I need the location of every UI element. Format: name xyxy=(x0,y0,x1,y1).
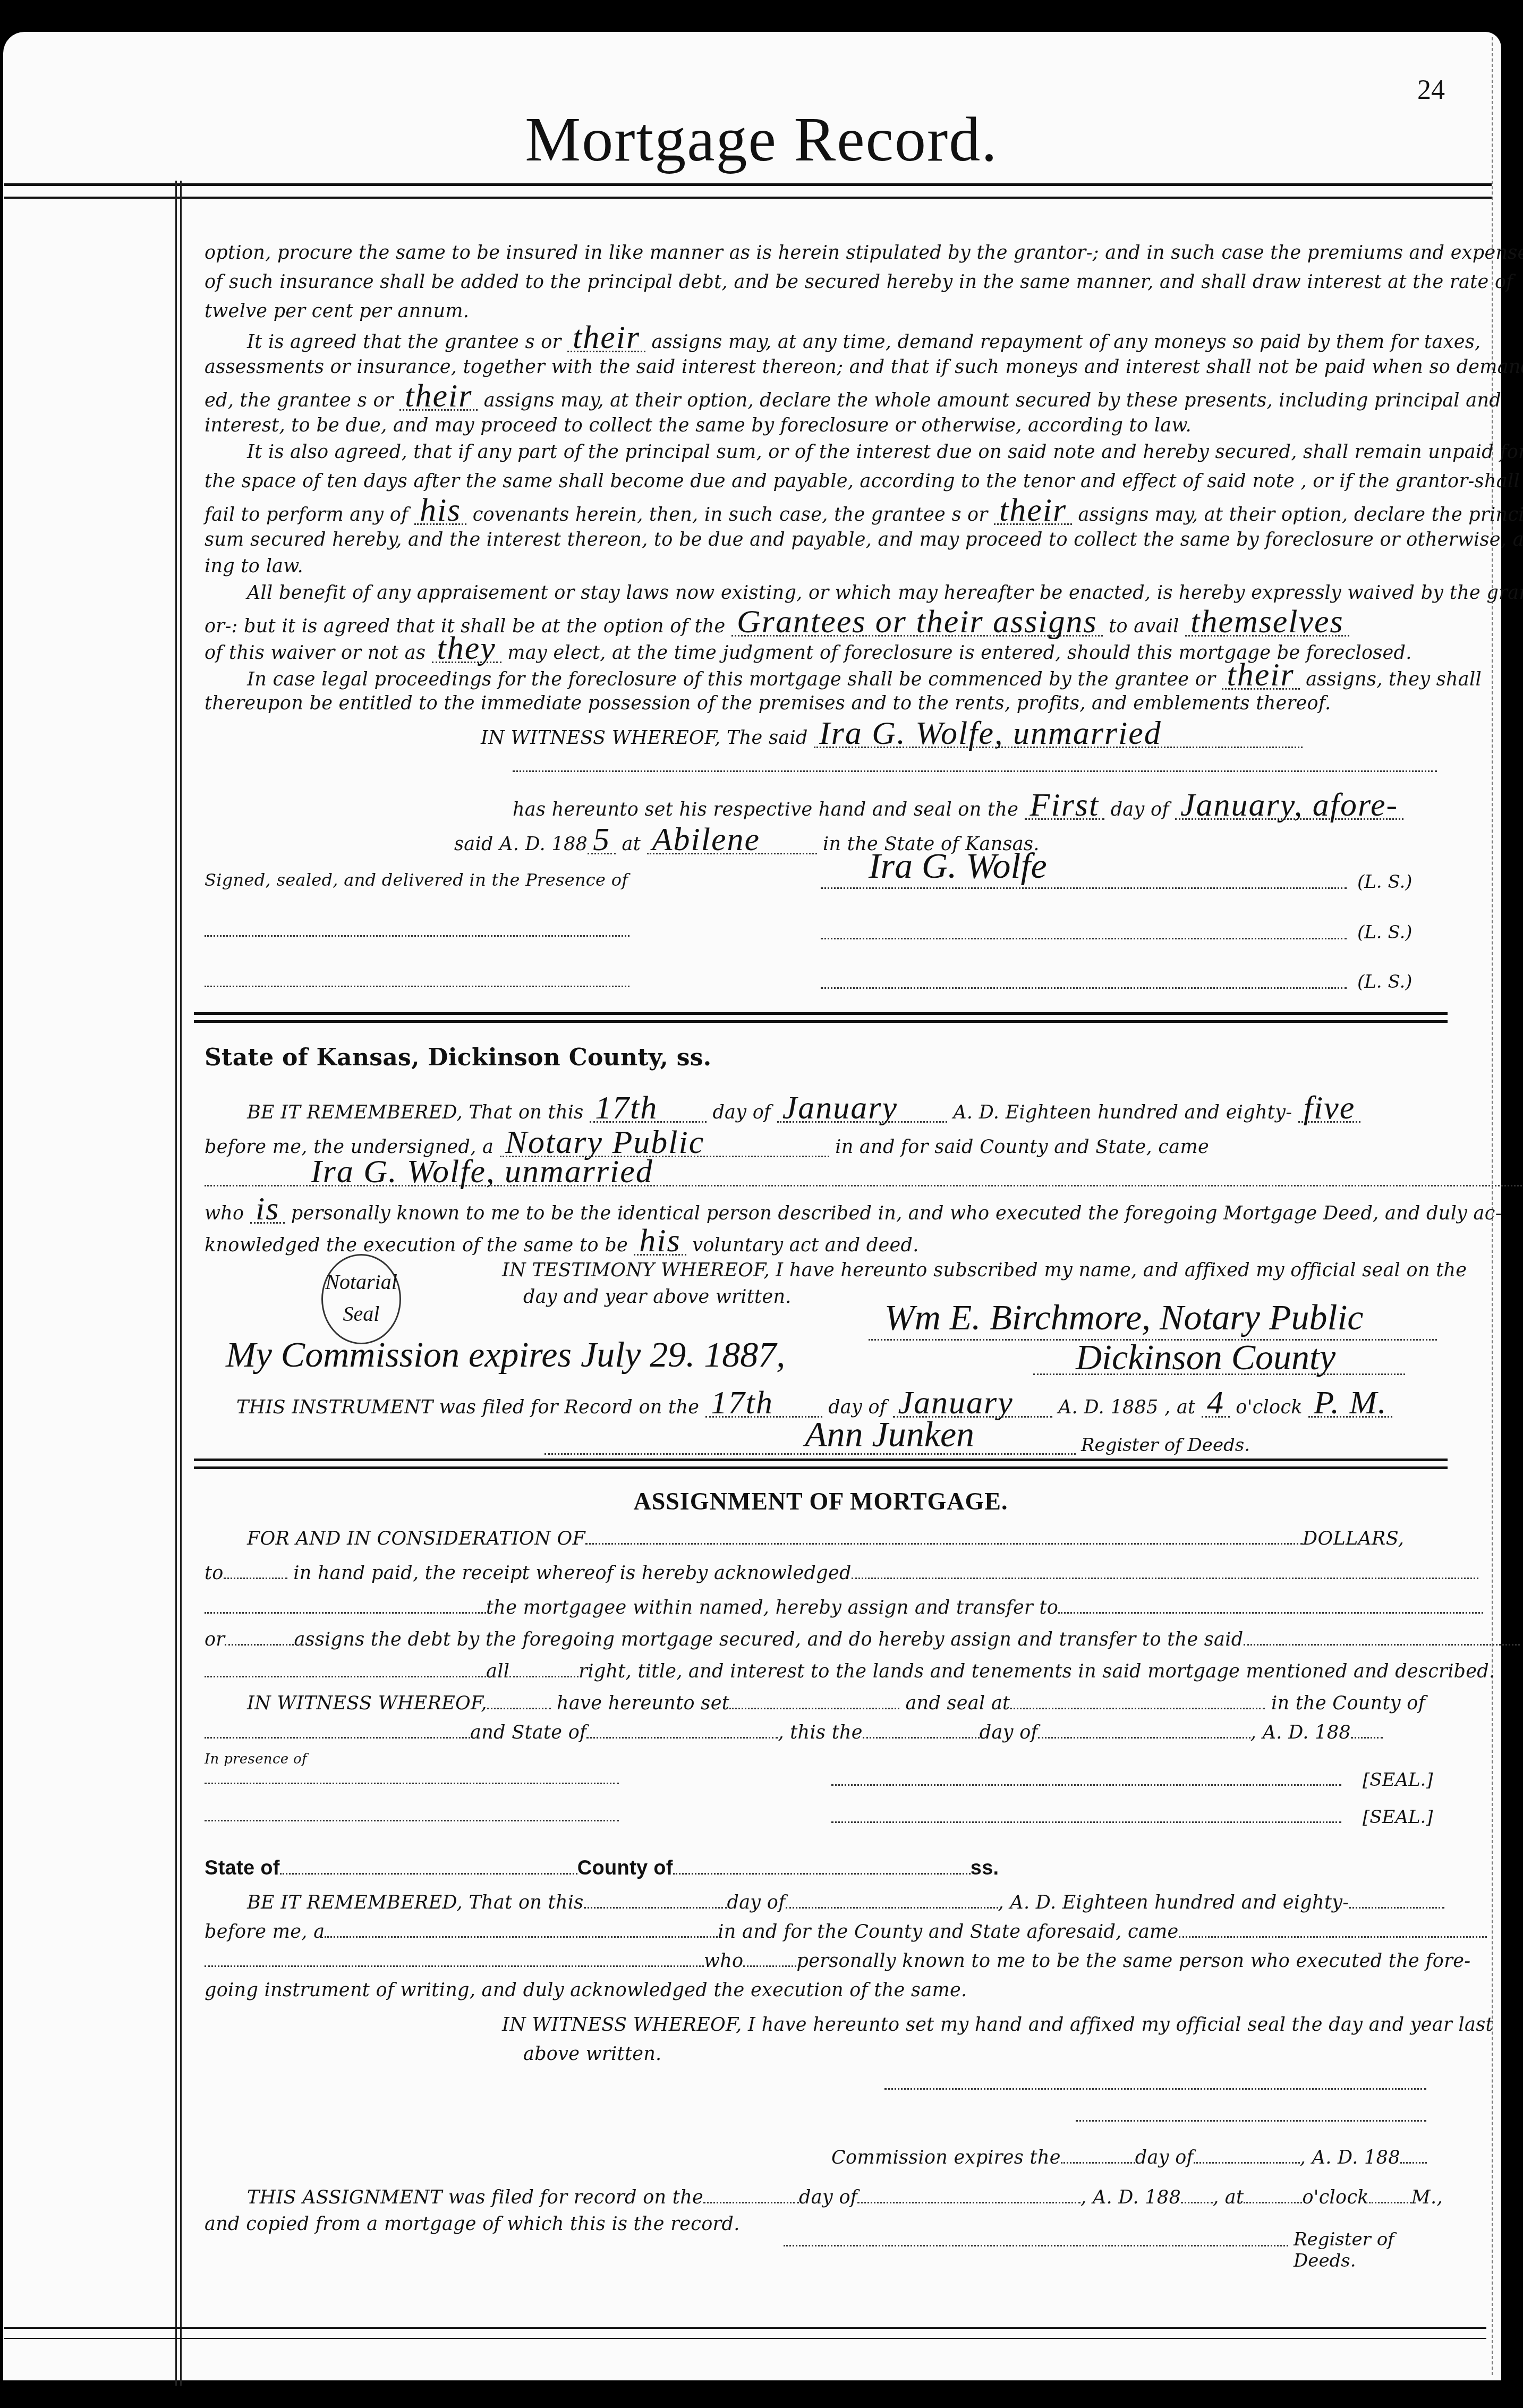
assign-copied-line: and copied from a mortgage of which this… xyxy=(205,2210,1437,2238)
assign-signature-line-2[interactable] xyxy=(831,1821,1341,1823)
blank-field[interactable] xyxy=(224,1562,287,1579)
ack-line-3: Ira G. Wolfe, unmarried xyxy=(205,1158,1437,1190)
assign-filed-line: THIS ASSIGNMENT was filed for record on … xyxy=(205,2184,1479,2211)
blank-field[interactable] xyxy=(1061,2146,1135,2164)
blank-field[interactable] xyxy=(205,1949,704,1967)
blank-field[interactable] xyxy=(1181,2186,1213,2203)
county-signature-line xyxy=(1033,1373,1405,1375)
handwritten-meridian: P. M. xyxy=(1308,1389,1392,1418)
handwritten-their: their xyxy=(994,497,1072,525)
blank-field[interactable] xyxy=(325,1920,718,1938)
ack-line-4: who is personally known to me to be the … xyxy=(205,1195,1437,1227)
witness-blank-line xyxy=(513,770,1437,772)
blank-field[interactable] xyxy=(225,1628,294,1646)
blank-field[interactable] xyxy=(1179,1920,1487,1938)
blank-field[interactable] xyxy=(1400,2146,1427,2164)
blank-field[interactable] xyxy=(863,1721,980,1739)
assign-ack-1: BE IT REMEMBERED, That on thisday of, A.… xyxy=(205,1889,1479,1917)
assign-line-4: orassigns the debt by the foregoing mort… xyxy=(205,1626,1437,1654)
blank-field[interactable] xyxy=(1058,1596,1483,1614)
section-rule xyxy=(194,1466,1448,1469)
ls-mark-2: (L. S.) xyxy=(1357,922,1413,943)
footer-rule xyxy=(4,2327,1486,2329)
blank-field[interactable] xyxy=(584,1891,727,1909)
blank-field[interactable] xyxy=(487,1692,551,1709)
header-rule-top xyxy=(4,183,1492,186)
presence-line-1 xyxy=(205,935,629,937)
assign-ack-4: going instrument of writing, and duly ac… xyxy=(205,1977,1437,2004)
seal-label-1: [SEAL.] xyxy=(1363,1769,1433,1791)
ack-line-5: knowledged the execution of the same to … xyxy=(205,1227,1437,1259)
blank-field[interactable] xyxy=(703,2186,799,2203)
blank-field[interactable] xyxy=(1351,1721,1383,1739)
page-number: 24 xyxy=(1417,74,1445,106)
county-signature: Dickinson County xyxy=(1076,1336,1335,1378)
assign-line-3: the mortgagee within named, hereby assig… xyxy=(205,1594,1437,1622)
blank-field[interactable] xyxy=(857,2186,1080,2203)
signature-line-3 xyxy=(821,987,1347,989)
footer-rule xyxy=(4,2338,1486,2339)
presence-line-2 xyxy=(205,986,629,987)
notary-signature: Wm E. Birchmore, Notary Public xyxy=(884,1296,1363,1338)
blank-field[interactable] xyxy=(205,1660,486,1677)
blank-field[interactable] xyxy=(1244,1628,1520,1646)
testimony-line-1: IN TESTIMONY WHEREOF, I have hereunto su… xyxy=(502,1257,1437,1284)
ack-line-1: BE IT REMEMBERED, That on this 17th day … xyxy=(205,1095,1479,1126)
commission-expires-line: Commission expires theday of, A. D. 188 xyxy=(831,2144,1437,2172)
assign-ack-3: whopersonally known to me to be the same… xyxy=(205,1947,1437,1975)
handwritten-day: First xyxy=(1025,792,1105,820)
signature-line-1 xyxy=(821,887,1347,889)
register-label: Register of Deeds. xyxy=(1081,1435,1250,1456)
repayment-line-4: interest, to be due, and may proceed to … xyxy=(205,412,1437,439)
register-signature: Ann Junken xyxy=(805,1413,974,1455)
officer-signature-line[interactable] xyxy=(884,2088,1426,2090)
handwritten-filed-hour: 4 xyxy=(1202,1389,1230,1418)
insurance-line-3: twelve per cent per annum. xyxy=(205,298,1437,325)
waiver-line-1: All benefit of any appraisement or stay … xyxy=(205,579,1479,607)
blank-field[interactable] xyxy=(1194,2146,1300,2164)
witness-line-2: has hereunto set his respective hand and… xyxy=(513,792,1437,824)
ls-mark-1: (L. S.) xyxy=(1357,871,1413,893)
assign-testimony-1: IN WITNESS WHEREOF, I have hereunto set … xyxy=(502,2011,1437,2039)
section-rule xyxy=(194,1020,1448,1023)
page-title: Mortgage Record. xyxy=(0,104,1523,176)
assignment-heading: ASSIGNMENT OF MORTGAGE. xyxy=(205,1488,1437,1515)
assign-line-5: allright, title, and interest to the lan… xyxy=(205,1658,1437,1685)
handwritten-year-digit: 5 xyxy=(588,826,616,854)
officer-title-line[interactable] xyxy=(1076,2120,1426,2122)
consideration-field[interactable] xyxy=(585,1527,1303,1545)
county-field[interactable] xyxy=(673,1857,971,1875)
register-signature-line xyxy=(544,1453,1076,1455)
signed-sealed-label: Signed, sealed, and delivered in the Pre… xyxy=(205,866,1437,894)
default-line-1: It is also agreed, that if any part of t… xyxy=(205,438,1479,466)
ls-mark-3: (L. S.) xyxy=(1357,971,1413,993)
in-presence-label: In presence of xyxy=(205,1745,1437,1773)
assign-ack-2: before me, ain and for the County and St… xyxy=(205,1918,1437,1946)
blank-field[interactable] xyxy=(1349,1891,1444,1909)
section-rule xyxy=(194,1012,1448,1015)
handwritten-his: his xyxy=(634,1227,686,1256)
assign-signature-line-1[interactable] xyxy=(831,1784,1341,1786)
blank-field[interactable] xyxy=(1038,1721,1250,1739)
assign-venue-line: State ofCounty ofss. xyxy=(205,1854,1437,1882)
handwritten-their: their xyxy=(567,324,645,352)
assign-testimony-2: above written. xyxy=(523,2040,1426,2068)
blank-field[interactable] xyxy=(509,1660,578,1677)
handwritten-year-word: five xyxy=(1298,1095,1361,1123)
blank-field[interactable] xyxy=(743,1949,796,1967)
assign-line-1: FOR AND IN CONSIDERATION OFDOLLARS, xyxy=(205,1525,1479,1553)
signature-line-2 xyxy=(821,938,1347,939)
possession-line-1: In case legal proceedings for the forecl… xyxy=(205,662,1479,693)
default-line-4: sum secured hereby, and the interest the… xyxy=(205,526,1437,554)
blank-field[interactable] xyxy=(852,1562,1478,1579)
possession-line-2: thereupon be entitled to the immediate p… xyxy=(205,690,1437,717)
assign-register-line[interactable] xyxy=(784,2245,1288,2246)
handwritten-place: Abilene xyxy=(647,826,817,854)
commission-expiry: My Commission expires July 29. 1887, xyxy=(226,1334,785,1376)
blank-field[interactable] xyxy=(1010,1692,1265,1709)
handwritten-is: is xyxy=(250,1195,285,1224)
handwritten-their: their xyxy=(1222,662,1300,690)
default-line-5: ing to law. xyxy=(205,553,1437,580)
repayment-line-1: It is agreed that the grantee s or their… xyxy=(205,324,1479,356)
blank-field[interactable] xyxy=(205,1596,486,1614)
blank-field[interactable] xyxy=(729,1692,899,1709)
default-line-2: the space of ten days after the same sha… xyxy=(205,468,1437,495)
insurance-line-2: of such insurance shall be added to the … xyxy=(205,268,1437,296)
seal-label-2: [SEAL.] xyxy=(1363,1807,1433,1828)
default-line-3: fail to perform any of his covenants her… xyxy=(205,497,1437,529)
handwritten-day: 17th xyxy=(590,1095,707,1123)
blank-field[interactable] xyxy=(786,1891,998,1909)
blank-field[interactable] xyxy=(205,1721,470,1739)
handwritten-themselves: themselves xyxy=(1185,608,1349,637)
assign-register-label: Register of Deeds. xyxy=(1294,2229,1437,2271)
repayment-line-2: assessments or insurance, together with … xyxy=(205,353,1437,381)
header-rule-bottom xyxy=(4,197,1492,199)
assign-presence-line-1[interactable] xyxy=(205,1783,619,1784)
left-margin-rule xyxy=(175,181,182,2386)
handwritten-they: they xyxy=(432,635,501,663)
handwritten-grantor-name: Ira G. Wolfe, unmarried xyxy=(814,720,1303,748)
repayment-line-3: ed, the grantee s or their assigns may, … xyxy=(205,383,1437,414)
assign-presence-line-2[interactable] xyxy=(205,1820,619,1821)
insurance-line-1: option, procure the same to be insured i… xyxy=(205,239,1437,267)
handwritten-person: Ira G. Wolfe, unmarried xyxy=(205,1158,1523,1186)
grantor-signature: Ira G. Wolfe xyxy=(869,845,1047,887)
venue-heading: State of Kansas, Dickinson County, ss. xyxy=(205,1044,1437,1072)
assign-witness-1: IN WITNESS WHEREOF, have hereunto set an… xyxy=(205,1690,1479,1717)
blank-field[interactable] xyxy=(1244,2186,1302,2203)
handwritten-month: January xyxy=(777,1095,947,1123)
section-rule xyxy=(194,1459,1448,1461)
handwritten-their: their xyxy=(399,383,478,411)
blank-field[interactable] xyxy=(1369,2186,1411,2203)
assign-witness-2: and State of, this theday of, A. D. 188 xyxy=(205,1719,1437,1746)
blank-field[interactable] xyxy=(586,1721,778,1739)
handwritten-month: January, afore- xyxy=(1175,792,1403,820)
notarial-seal: Notarial Seal xyxy=(321,1254,401,1344)
handwritten-grantees: Grantees or their assigns xyxy=(731,608,1103,637)
assign-line-2: to in hand paid, the receipt whereof is … xyxy=(205,1559,1437,1587)
state-field[interactable] xyxy=(280,1857,577,1875)
witness-line-1: IN WITNESS WHEREOF, The said Ira G. Wolf… xyxy=(481,720,1437,752)
handwritten-his: his xyxy=(414,497,466,525)
